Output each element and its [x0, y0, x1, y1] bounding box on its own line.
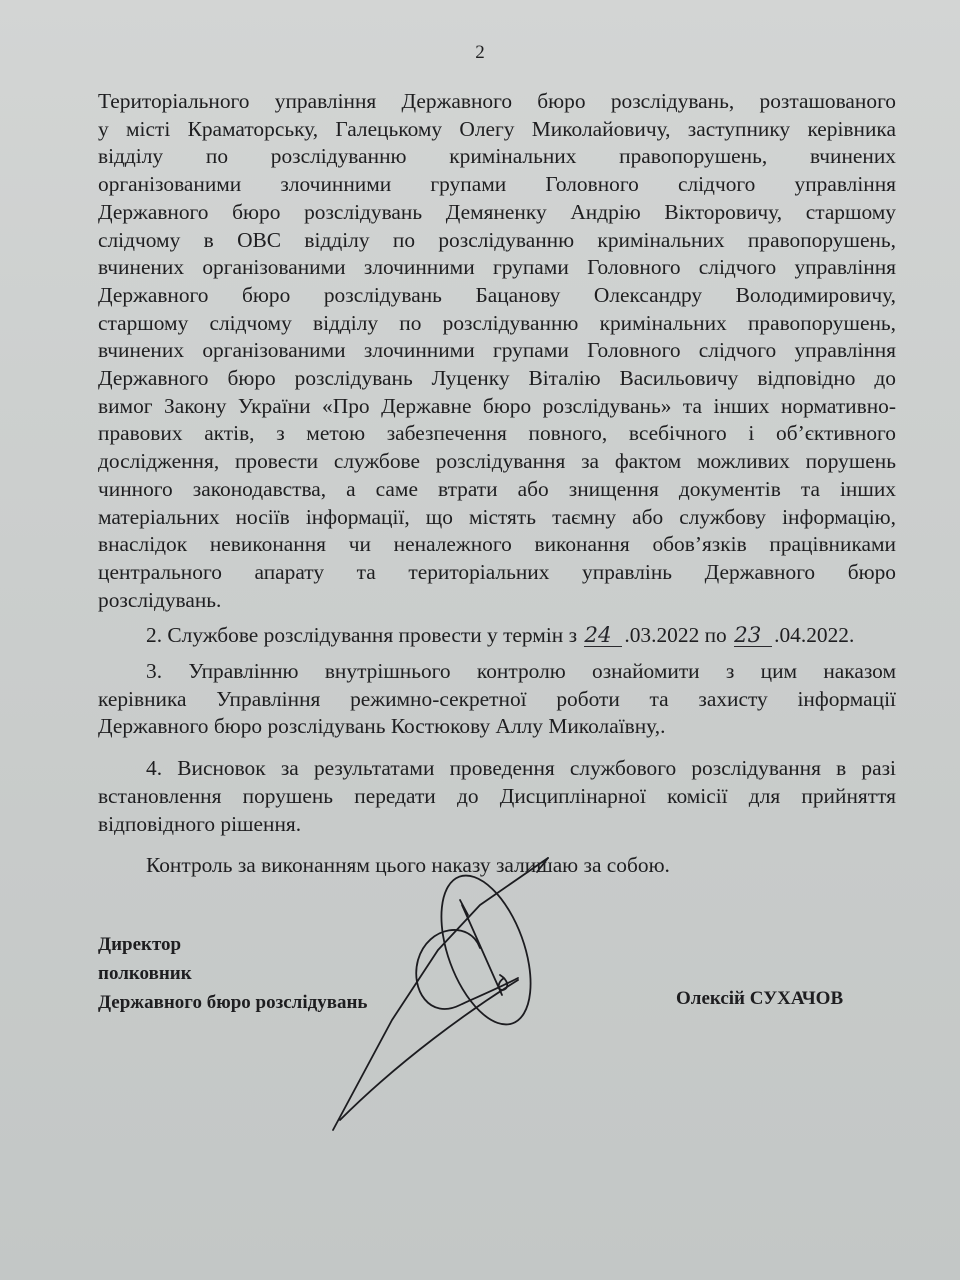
military-rank: полковник — [98, 959, 367, 988]
text-line: внаслідок невиконання чи неналежного вик… — [98, 531, 896, 559]
text-line: вчинених організованими злочинними група… — [98, 254, 896, 282]
text-line: центрального апарату та територіальних у… — [98, 559, 896, 587]
handwritten-end-day: 23 — [734, 626, 772, 647]
document-body: Територіального управління Державного бю… — [98, 88, 896, 880]
text-line: 4. Висновок за результатами проведення с… — [98, 755, 896, 783]
text-line: старшому слідчому відділу по розслідуван… — [98, 310, 896, 338]
paragraph-1: Територіального управління Державного бю… — [98, 88, 896, 614]
text-line: вимог Закону України «Про Державне бюро … — [98, 393, 896, 421]
text-line: Державного бюро розслідувань Луценку Віт… — [98, 365, 896, 393]
paragraph-4: 4. Висновок за результатами проведення с… — [98, 755, 896, 838]
paragraph-3: 3. Управлінню внутрішнього контролю озна… — [98, 658, 896, 741]
text-line: 3. Управлінню внутрішнього контролю озна… — [98, 658, 896, 686]
text-line: відділу по розслідуванню кримінальних пр… — [98, 143, 896, 171]
text-line: Державного бюро розслідувань Костюкову А… — [98, 713, 896, 741]
signatory-name: Олексій СУХАЧОВ — [676, 988, 843, 1010]
term-start-rest: .03.2022 по — [624, 623, 726, 647]
text-line: розслідувань. — [98, 587, 896, 615]
text-line: правових актів, з метою забезпечення пов… — [98, 420, 896, 448]
text-line: керівника Управління режимно-секретної р… — [98, 686, 896, 714]
paragraph-2-term: 2. Службове розслідування провести у тер… — [98, 622, 896, 650]
text-line: вчинених організованими злочинними група… — [98, 337, 896, 365]
text-line: у місті Краматорську, Галецькому Олегу М… — [98, 116, 896, 144]
text-line: слідчому в ОВС відділу по розслідуванню … — [98, 227, 896, 255]
term-end-rest: .04.2022. — [774, 623, 854, 647]
paragraph-5-control: Контроль за виконанням цього наказу зали… — [98, 852, 896, 880]
text-line: Територіального управління Державного бю… — [98, 88, 896, 116]
text-line: 2. Службове розслідування провести у тер… — [146, 622, 896, 650]
text-line: Державного бюро розслідувань Бацанову Ол… — [98, 282, 896, 310]
text-line: Контроль за виконанням цього наказу зали… — [146, 852, 896, 880]
text-line: матеріальних носіїв інформації, що містя… — [98, 504, 896, 532]
text-line: дослідження, провести службове розслідув… — [98, 448, 896, 476]
organization-name: Державного бюро розслідувань — [98, 988, 367, 1017]
signatory-position: Директор полковник Державного бюро розсл… — [98, 930, 367, 1017]
term-prefix: 2. Службове розслідування провести у тер… — [146, 623, 577, 647]
text-line: Державного бюро розслідувань Демяненку А… — [98, 199, 896, 227]
text-line: встановлення порушень передати до Дисцип… — [98, 783, 896, 811]
page-number: 2 — [0, 42, 960, 64]
handwritten-start-day: 24 — [584, 626, 622, 647]
text-line: чинного законодавства, а саме втрати або… — [98, 476, 896, 504]
text-line: відповідного рішення. — [98, 811, 896, 839]
text-line: організованими злочинними групами Головн… — [98, 171, 896, 199]
position-title: Директор — [98, 930, 367, 959]
